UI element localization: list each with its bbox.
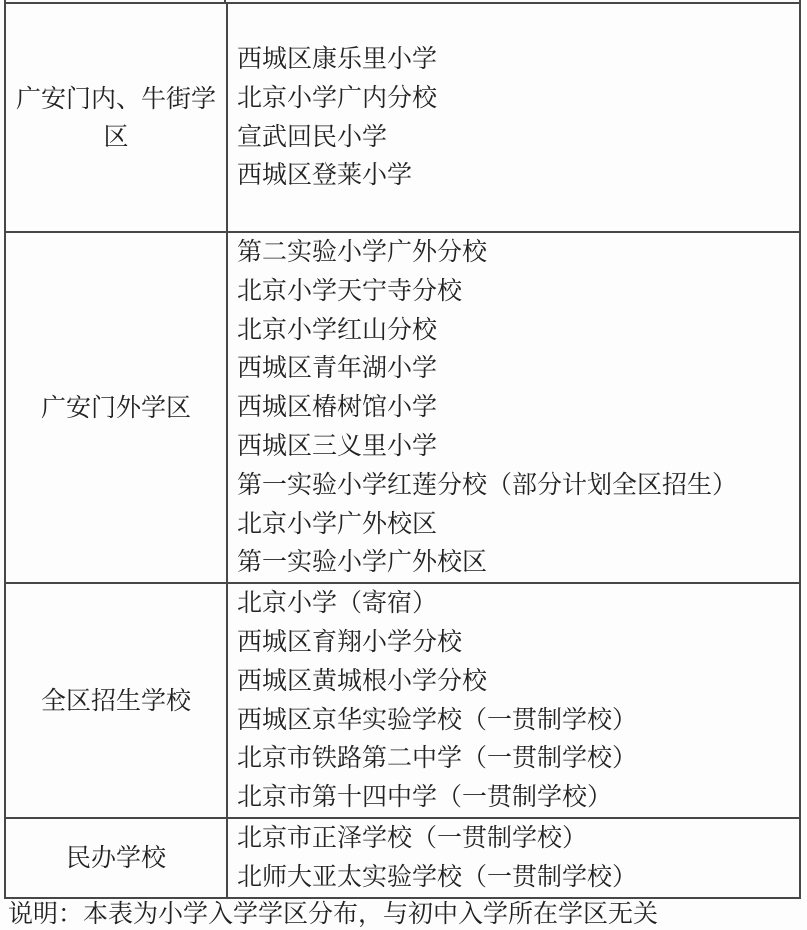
school-item: 第一实验小学红莲分校（部分计划全区招生） — [237, 466, 789, 505]
document-page: 广安门内、牛街学区西城区康乐里小学北京小学广内分校宣武回民小学西城区登莱小学广安… — [0, 0, 807, 930]
district-cell: 民办学校 — [5, 818, 227, 898]
school-district-table: 广安门内、牛街学区西城区康乐里小学北京小学广内分校宣武回民小学西城区登莱小学广安… — [4, 2, 801, 899]
table-body: 广安门内、牛街学区西城区康乐里小学北京小学广内分校宣武回民小学西城区登莱小学广安… — [5, 3, 800, 898]
school-item: 宣武回民小学 — [237, 118, 789, 157]
schools-cell: 北京市正泽学校（一贯制学校）北师大亚太实验学校（一贯制学校） — [227, 818, 800, 898]
schools-cell: 第二实验小学广外分校北京小学天宁寺分校北京小学红山分校西城区青年湖小学西城区椿树… — [227, 232, 800, 583]
school-item: 北京小学广内分校 — [237, 79, 789, 118]
school-item: 北师大亚太实验学校（一贯制学校） — [237, 858, 789, 897]
table-row: 全区招生学校北京小学（寄宿）西城区育翔小学分校西城区黄城根小学分校西城区京华实验… — [5, 583, 800, 818]
footnote: 说明：本表为小学入学学区分布，与初中入学所在学区无关 — [8, 899, 658, 929]
school-item: 西城区椿树馆小学 — [237, 388, 789, 427]
school-item: 西城区育翔小学分校 — [237, 623, 789, 662]
school-item: 西城区黄城根小学分校 — [237, 662, 789, 701]
school-item: 北京小学（寄宿） — [237, 584, 789, 623]
district-cell: 广安门内、牛街学区 — [5, 3, 227, 232]
schools-cell: 西城区康乐里小学北京小学广内分校宣武回民小学西城区登莱小学 — [227, 3, 800, 232]
school-item: 西城区康乐里小学 — [237, 40, 789, 79]
school-item: 北京小学红山分校 — [237, 311, 789, 350]
school-item: 第一实验小学广外校区 — [237, 543, 789, 582]
school-item: 第二实验小学广外分校 — [237, 233, 789, 272]
school-item: 西城区青年湖小学 — [237, 349, 789, 388]
table-row: 广安门内、牛街学区西城区康乐里小学北京小学广内分校宣武回民小学西城区登莱小学 — [5, 3, 800, 232]
school-item: 西城区登莱小学 — [237, 156, 789, 195]
district-cell: 全区招生学校 — [5, 583, 227, 818]
school-item: 北京小学广外校区 — [237, 505, 789, 544]
school-item: 西城区京华实验学校（一贯制学校） — [237, 701, 789, 740]
schools-cell: 北京小学（寄宿）西城区育翔小学分校西城区黄城根小学分校西城区京华实验学校（一贯制… — [227, 583, 800, 818]
table-row: 民办学校北京市正泽学校（一贯制学校）北师大亚太实验学校（一贯制学校） — [5, 818, 800, 898]
school-item: 北京市铁路第二中学（一贯制学校） — [237, 739, 789, 778]
school-item: 北京市第十四中学（一贯制学校） — [237, 778, 789, 817]
school-item: 西城区三义里小学 — [237, 427, 789, 466]
table-row: 广安门外学区第二实验小学广外分校北京小学天宁寺分校北京小学红山分校西城区青年湖小… — [5, 232, 800, 583]
school-item: 北京市正泽学校（一贯制学校） — [237, 819, 789, 858]
district-cell: 广安门外学区 — [5, 232, 227, 583]
school-item: 北京小学天宁寺分校 — [237, 272, 789, 311]
